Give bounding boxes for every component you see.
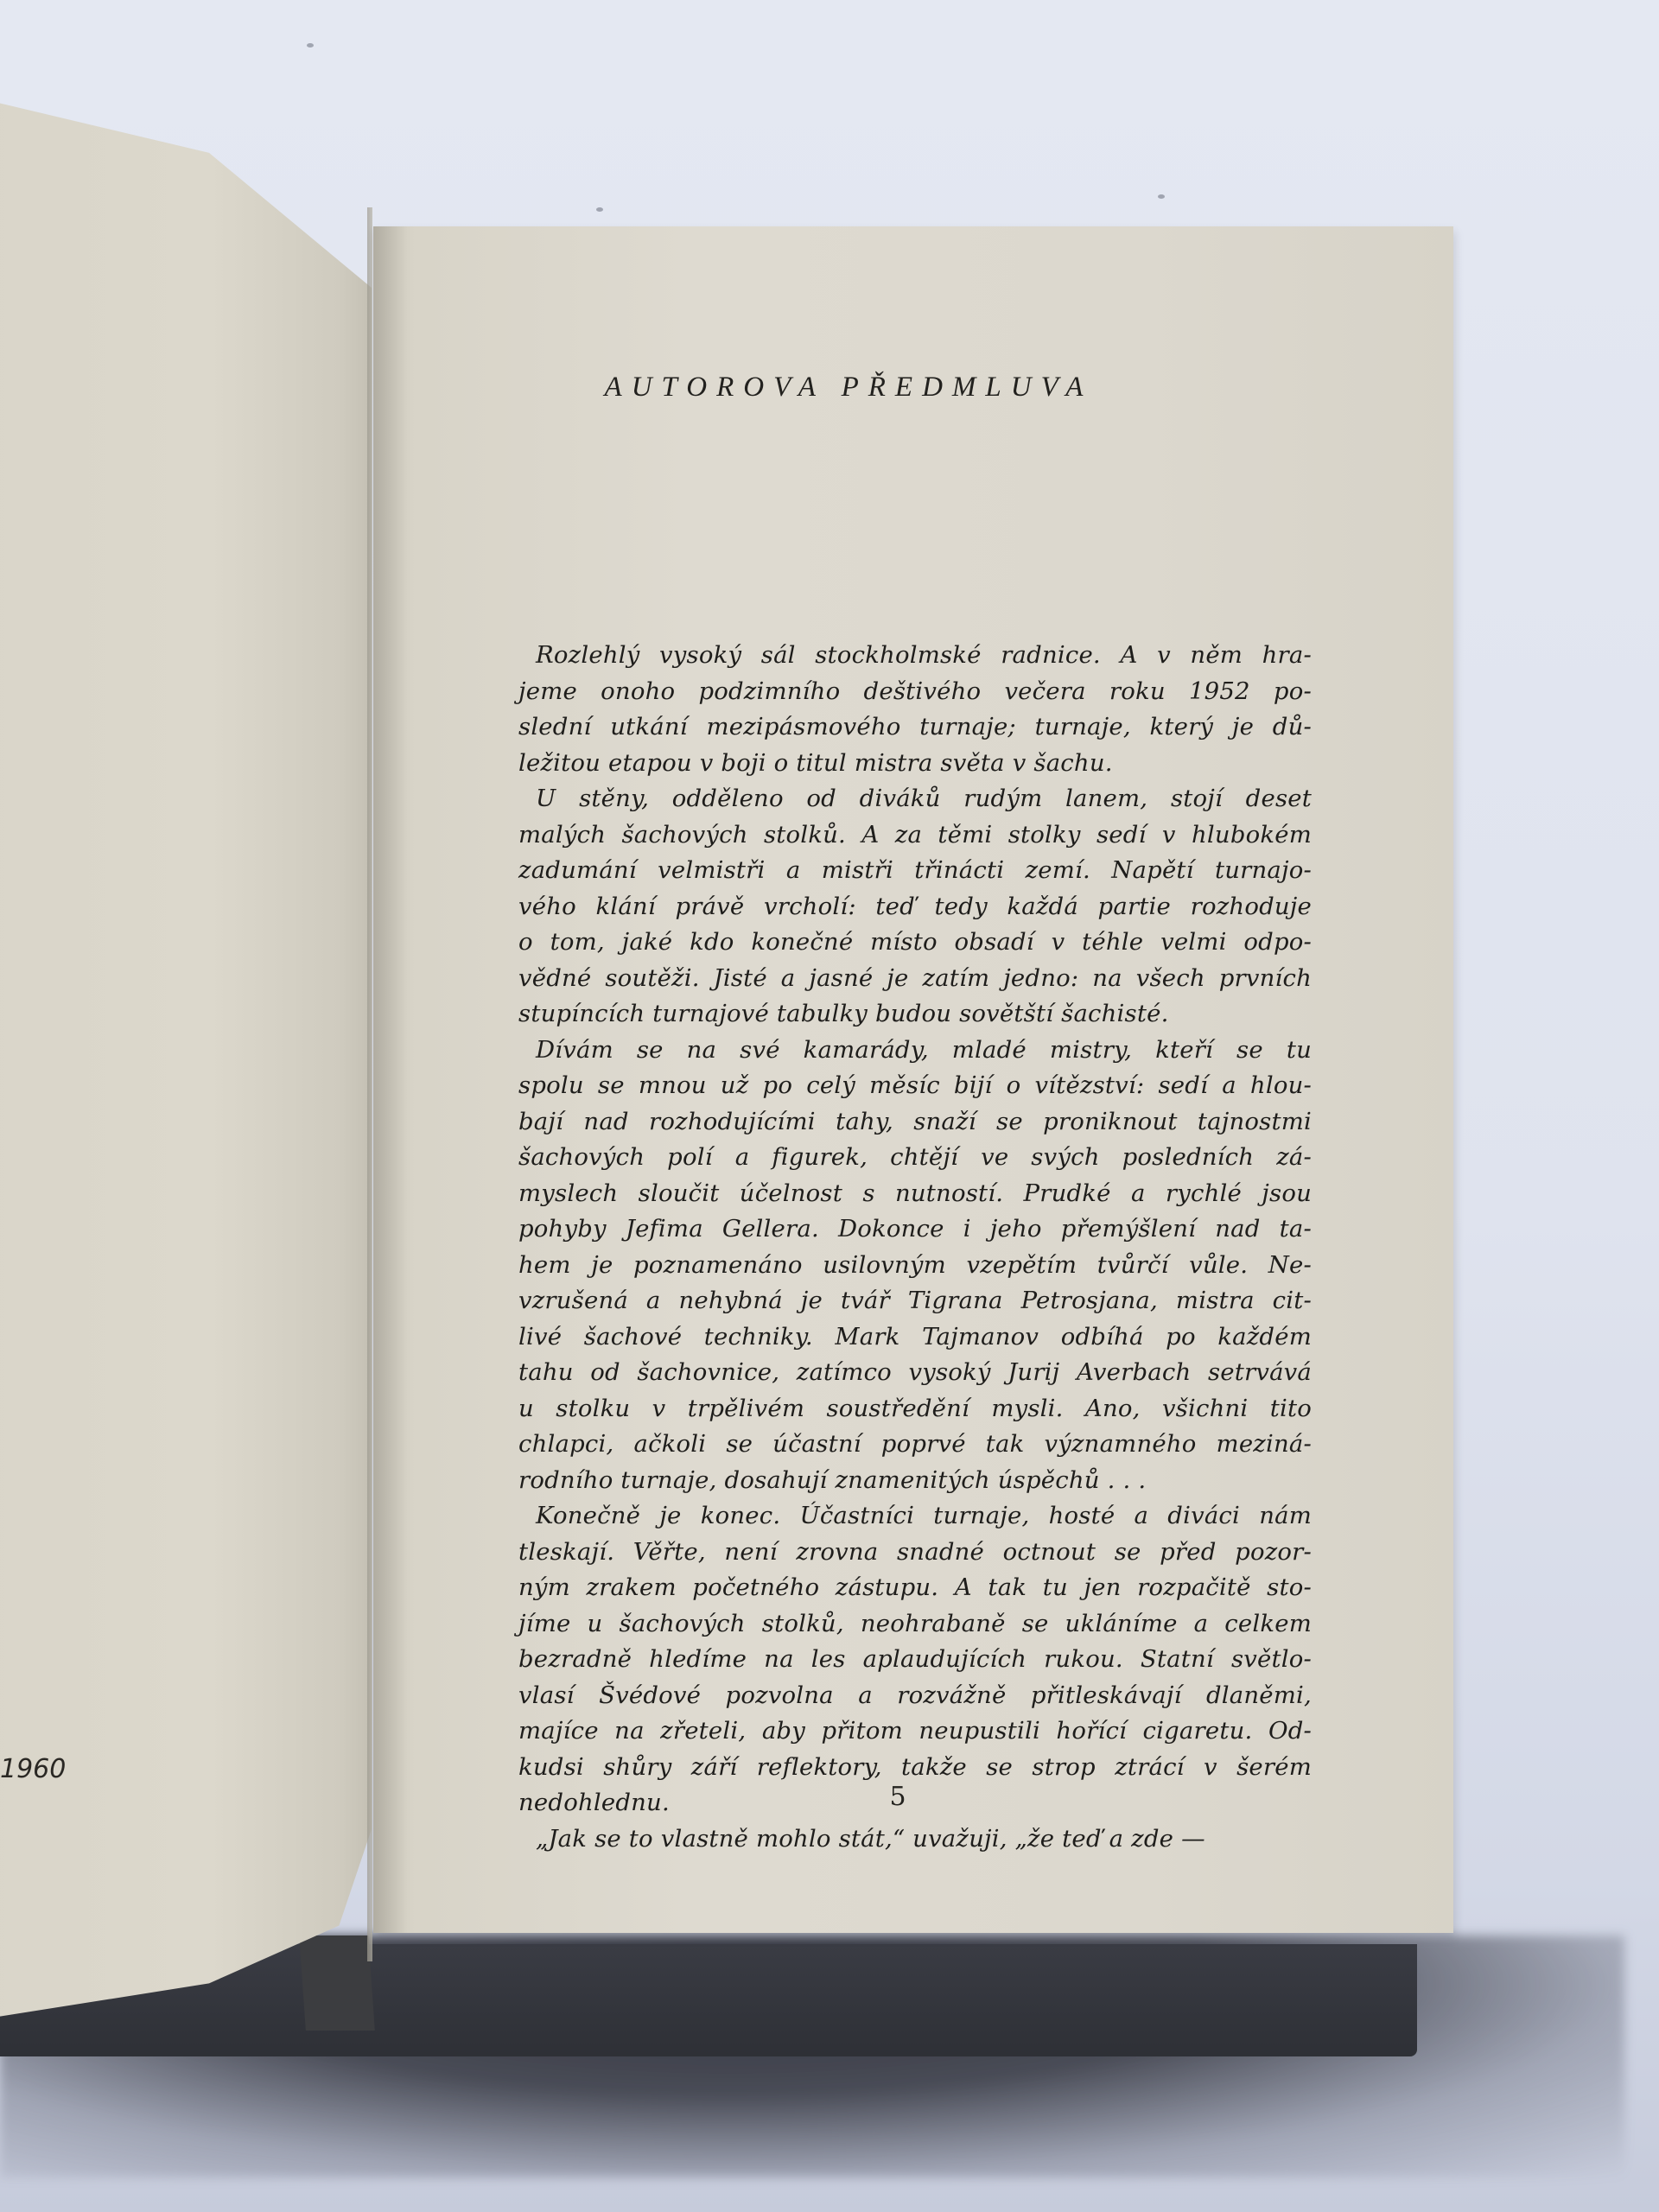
text-line: jeme onoho podzimního deštivého večera r…: [518, 674, 1312, 710]
text-line: jíme u šachových stolků, neohrabaně se u…: [518, 1606, 1312, 1643]
text-line: pohyby Jefima Gellera. Dokonce i jeho př…: [518, 1211, 1312, 1248]
text-line: zadumání velmistři a mistři třinácti zem…: [518, 853, 1312, 889]
text-line: tleskají. Věřte, není zrovna snadné octn…: [518, 1535, 1312, 1571]
text-line: myslech sloučit účelnost s nutností. Pru…: [518, 1176, 1312, 1212]
text-line: livé šachové techniky. Mark Tajmanov odb…: [518, 1319, 1312, 1356]
text-line: šachových polí a figurek, chtějí ve svýc…: [518, 1140, 1312, 1176]
text-line: ným zrakem početného zástupu. A tak tu j…: [518, 1570, 1312, 1606]
page-number: 5: [373, 1782, 1422, 1812]
left-page: [0, 95, 372, 2022]
text-line: rodního turnaje, dosahují znamenitých ús…: [518, 1463, 1312, 1499]
text-line: u stolku v trpělivém soustředění mysli. …: [518, 1391, 1312, 1427]
text-line: bezradně hledíme na les aplaudujících ru…: [518, 1642, 1312, 1678]
text-line: „Jak se to vlastně mohlo stát,“ uvažuji,…: [518, 1821, 1312, 1858]
photo-scene: 1960 AUTOROVA PŘEDMLUVA Rozlehlý vysoký …: [0, 0, 1659, 2212]
chapter-title: AUTOROVA PŘEDMLUVA: [373, 372, 1324, 404]
left-page-edge: [367, 207, 372, 1961]
text-line: vzrušená a nehybná je tvář Tigrana Petro…: [518, 1283, 1312, 1319]
text-line: slední utkání mezipásmového turnaje; tur…: [518, 709, 1312, 746]
right-page: AUTOROVA PŘEDMLUVA Rozlehlý vysoký sál s…: [373, 226, 1453, 1933]
text-line: tahu od šachovnice, zatímco vysoký Jurij…: [518, 1355, 1312, 1391]
text-line: hem je poznamenáno usilovným vzepětím tv…: [518, 1248, 1312, 1284]
text-line: o tom, jaké kdo konečné místo obsadí v t…: [518, 925, 1312, 961]
text-line: bají nad rozhodujícími tahy, snaží se pr…: [518, 1104, 1312, 1141]
text-line: kudsi shůry září reflektory, takže se st…: [518, 1750, 1312, 1786]
text-line: vlasí Švédové pozvolna a rozvážně přitle…: [518, 1678, 1312, 1714]
left-page-year: 1960: [0, 1754, 66, 1784]
text-line: majíce na zřeteli, aby přitom neupustili…: [518, 1713, 1312, 1750]
background-speck: [307, 43, 314, 48]
background-speck: [1158, 194, 1165, 199]
text-line: vědné soutěži. Jisté a jasné je zatím je…: [518, 961, 1312, 997]
gutter-shade: [373, 226, 408, 1933]
background-speck: [596, 207, 603, 212]
text-line: Rozlehlý vysoký sál stockholmské radnice…: [518, 638, 1312, 674]
text-line: spolu se mnou už po celý měsíc bijí o ví…: [518, 1068, 1312, 1104]
body-text: Rozlehlý vysoký sál stockholmské radnice…: [518, 638, 1312, 1857]
text-line: Dívám se na své kamarády, mladé mistry, …: [518, 1033, 1312, 1069]
text-line: ležitou etapou v boji o titul mistra svě…: [518, 746, 1312, 782]
text-line: chlapci, ačkoli se účastní poprvé tak vý…: [518, 1427, 1312, 1463]
text-line: malých šachových stolků. A za těmi stolk…: [518, 817, 1312, 854]
text-line: vého klání právě vrcholí: teď tedy každá…: [518, 889, 1312, 925]
binding-headband: [299, 1935, 375, 2031]
text-line: stupíncích turnajové tabulky budou sovět…: [518, 996, 1312, 1033]
text-line: U stěny, odděleno od diváků rudým lanem,…: [518, 781, 1312, 817]
text-line: Konečně je konec. Účastníci turnaje, hos…: [518, 1498, 1312, 1535]
